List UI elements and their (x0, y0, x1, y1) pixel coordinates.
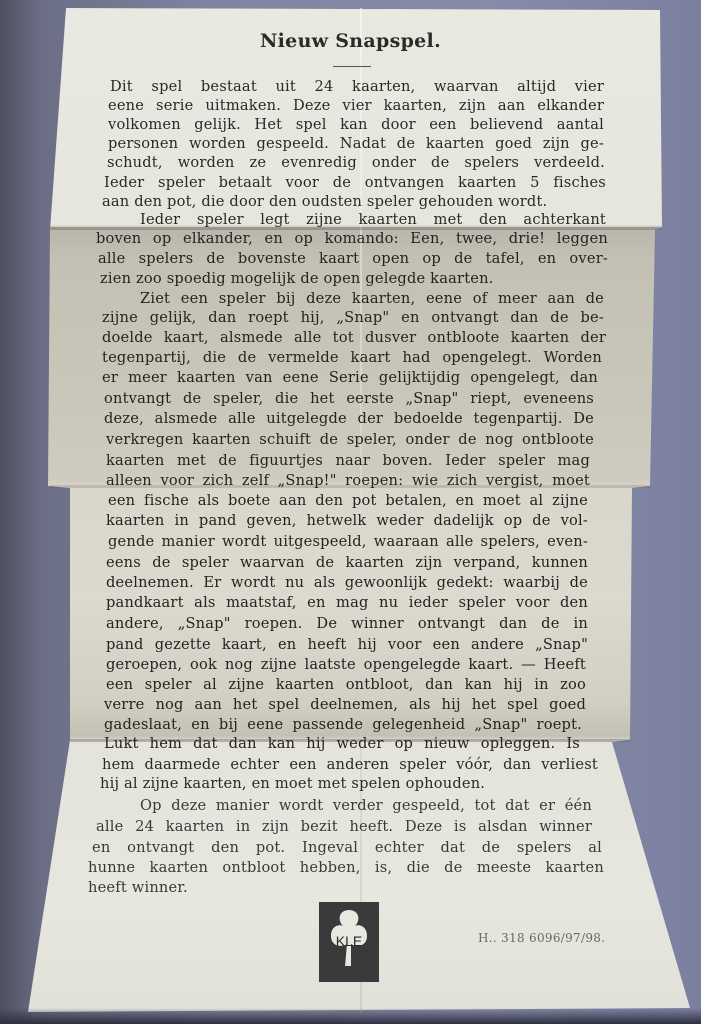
text-line: hunne kaarten ontbloot hebben, is, die d… (88, 859, 604, 876)
text-line: andere, „Snap" roepen. De winner ontvang… (106, 615, 588, 632)
text-line: gadeslaat, en bij eene passende gelegenh… (104, 716, 582, 733)
text-line: eens de speler waarvan de kaarten zijn v… (106, 554, 588, 571)
title-divider (333, 66, 371, 67)
text-line: Lukt hem dat dan kan hij weder op nieuw … (104, 735, 580, 752)
text-line: personen worden gespeeld. Nadat de kaart… (108, 135, 604, 152)
text-line: pand gezette kaart, en heeft hij voor ee… (106, 636, 588, 653)
text-line: een speler al zijne kaarten ontbloot, da… (106, 676, 586, 693)
text-line: zijne gelijk, dan roept hij, „Snap" en o… (102, 309, 604, 326)
text-line: kaarten in pand geven, hetwelk weder dad… (106, 512, 588, 529)
text-line: hij al zijne kaarten, en moet met spelen… (100, 775, 520, 792)
text-line: geroepen, ook nog zijne laatste opengele… (106, 656, 586, 673)
printer-code: H.. 318 6096/97/98. (478, 931, 605, 945)
text-line: alle spelers de bovenste kaart open op d… (98, 250, 608, 267)
text-line: alle 24 kaarten in zijn bezit heeft. Dez… (96, 818, 592, 835)
text-line: boven op elkander, en op komando: Een, t… (96, 230, 608, 247)
bottom-shadow (0, 1008, 701, 1024)
text-line: verkregen kaarten schuift de speler, ond… (106, 431, 594, 448)
text-line: Dit spel bestaat uit 24 kaarten, waarvan… (110, 78, 604, 95)
text-line: heeft winner. (88, 879, 208, 896)
text-line: Ieder speler betaalt voor de ontvangen k… (104, 174, 606, 191)
text-line: kaarten met de figuurtjes naar boven. Ie… (106, 452, 590, 469)
text-line: een fische als boete aan den pot betalen… (108, 492, 588, 509)
text-line: volkomen gelijk. Het spel kan door een b… (108, 116, 604, 133)
text-line: alleen voor zich zelf „Snap!" roepen: wi… (106, 472, 590, 489)
text-line: eene serie uitmaken. Deze vier kaarten, … (108, 97, 604, 114)
text-line: deelnemen. Er wordt nu als gewoonlijk ge… (106, 574, 588, 591)
text-line: en ontvangt den pot. Ingeval echter dat … (92, 839, 602, 856)
text-line: deze, alsmede alle uitgelegde der bedoel… (104, 410, 594, 427)
text-line: gende manier wordt uitgespeeld, waaraan … (108, 533, 588, 550)
text-line: zien zoo spoedig mogelijk de open gelegd… (100, 270, 480, 287)
text-line: schudt, worden ze evenredig onder de spe… (107, 154, 605, 171)
text-line: Op deze manier wordt verder gespeeld, to… (140, 797, 592, 814)
text-line: ontvangt de speler, die het eerste „Snap… (104, 390, 594, 407)
text-line: hem daarmede echter een anderen speler v… (102, 756, 598, 773)
document-title: Nieuw Snapspel. (0, 30, 701, 52)
text-line: tegenpartij, die de vermelde kaart had o… (102, 349, 602, 366)
text-line: verre nog aan het spel deelnemen, als hi… (104, 696, 586, 713)
text-line: pandkaart als maatstaf, en mag nu ieder … (106, 594, 588, 611)
text-line: er meer kaarten van eene Serie gelijktij… (102, 369, 598, 386)
clover-icon: KLE (321, 904, 377, 980)
text-line: aan den pot, die door den oudsten speler… (102, 193, 606, 210)
kle-clover-logo: KLE (319, 902, 379, 982)
text-line: Ieder speler legt zijne kaarten met den … (140, 211, 606, 228)
text-line: doelde kaart, alsmede alle tot dusver on… (102, 329, 606, 346)
svg-text:KLE: KLE (336, 933, 362, 949)
text-line: Ziet een speler bij deze kaarten, eene o… (140, 290, 604, 307)
